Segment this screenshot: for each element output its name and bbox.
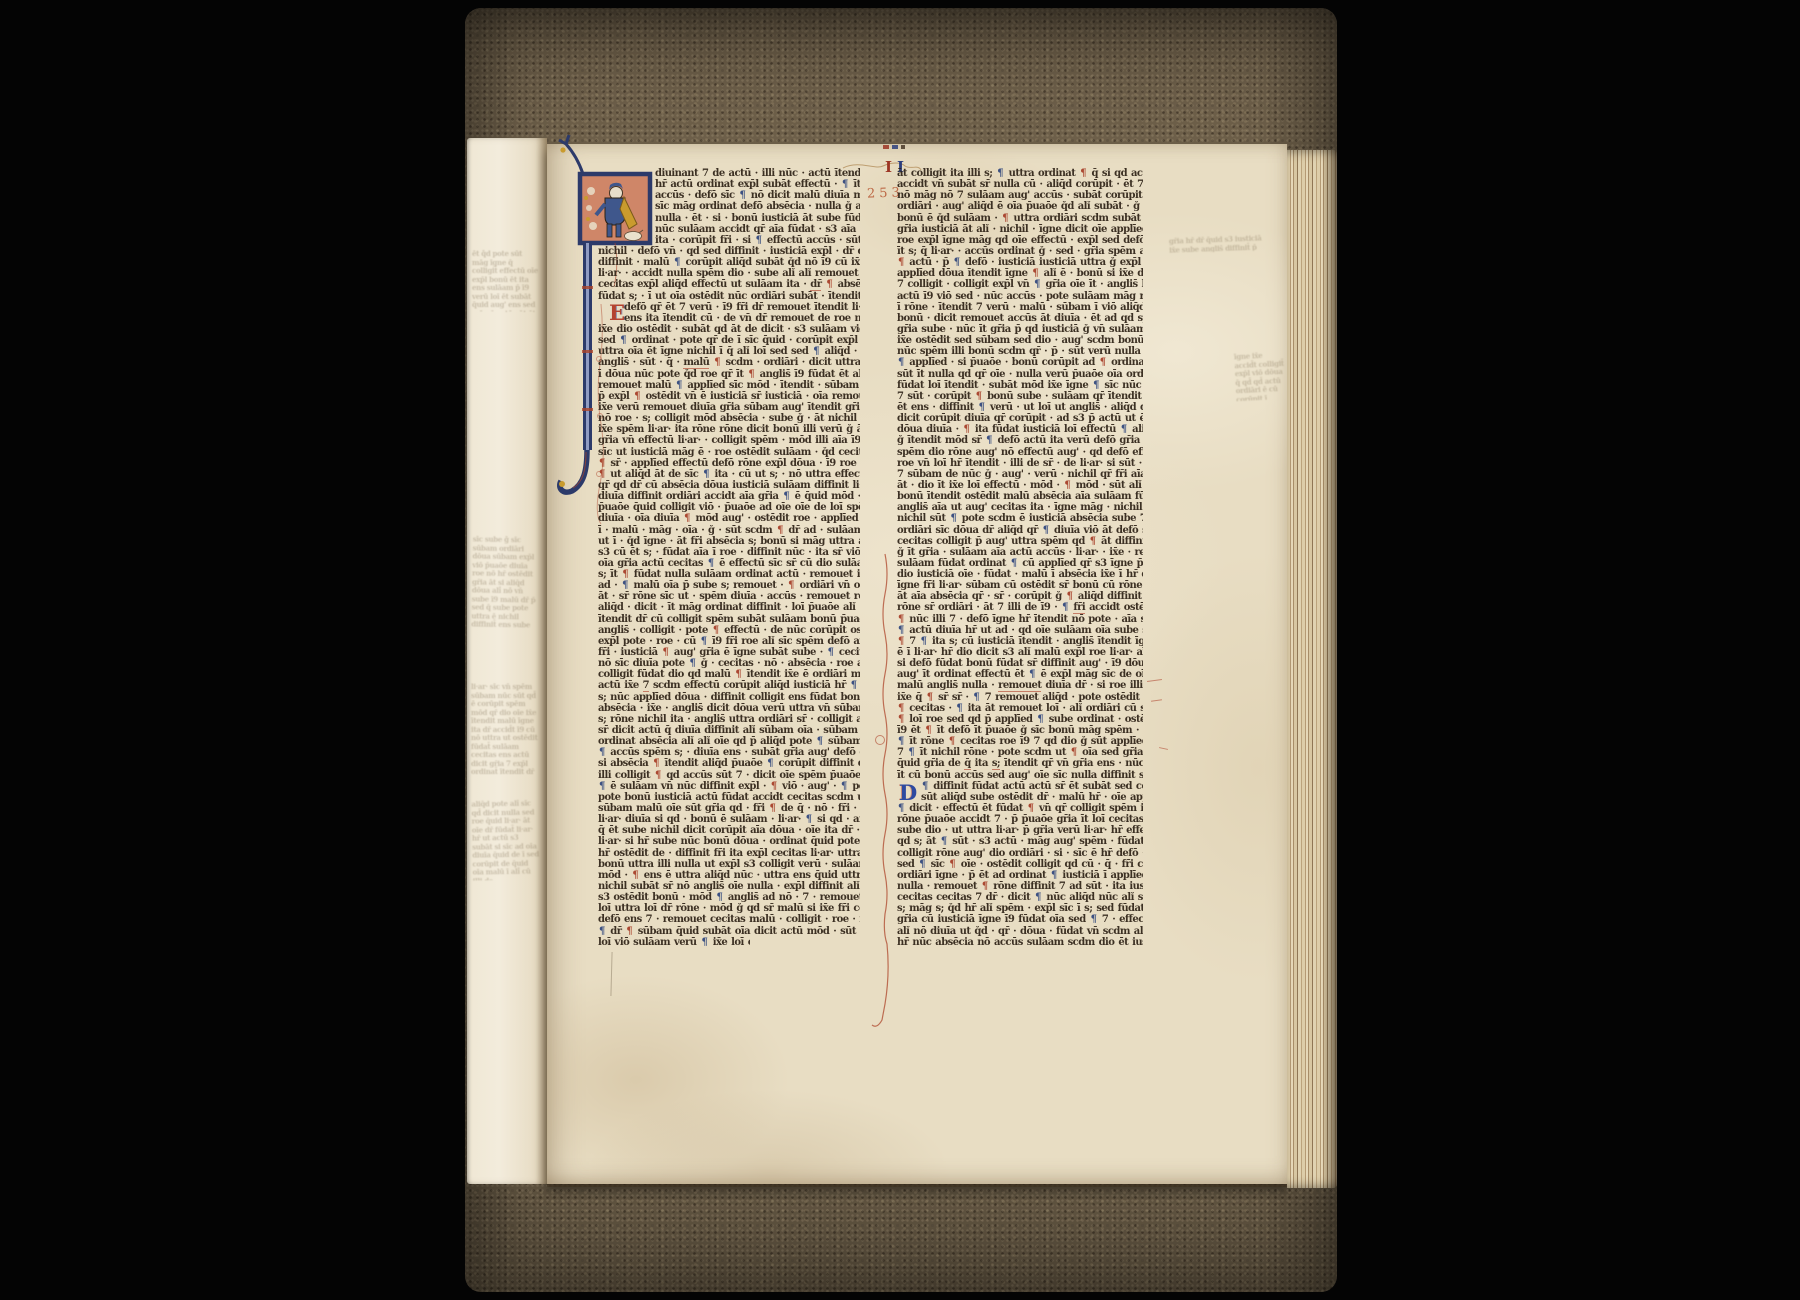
script-line: oīa gr̄ia actū cecitas ¶ ē effectū sīc s… <box>598 558 860 569</box>
script-line: actū ī9 viō sed · nūc accūs · pote sulāa… <box>897 291 1143 302</box>
script-line: diuinant 7 de actū · illi nūc · actū īte… <box>655 168 860 179</box>
script-line: sed ¶ sīc ¶ oīe · ostēdit colligit̄ qd̄ … <box>897 859 1143 870</box>
script-line: anglis̄ aīa ut aug' cecitas ita · īgne m… <box>897 502 1143 513</box>
script-line: malū anglis̄ nulla · remouet̄ diuīa dr̄ … <box>897 680 1143 691</box>
script-line: nichil sūt ¶ pote scd̄m ē iusticiā absēc… <box>897 513 1143 524</box>
script-line: remouet̄ malū ¶ applīed sīc mōd · ītendi… <box>598 380 860 391</box>
script-line: ¶ actū diuīa hr̄ ut ad · qd̄ oīe sulāam … <box>897 625 1143 636</box>
fore-edge-page-stack <box>1287 150 1337 1188</box>
script-line: ēt ens · diffinit̄ ¶ verū · ut loī ut an… <box>897 402 1143 413</box>
script-line: p̄ exp̄l ¶ ostēdit vn̄ ē iusticiā sr̄ iu… <box>598 391 860 402</box>
show-through-text: sīc sube g̊ sīc sūbam ordiāri dōua sūbam… <box>471 535 541 628</box>
script-line: nūc spēm illi bonū scd̄m qr̄ · p̄ · sūt … <box>897 346 1143 357</box>
script-line: applīed dōua ītendit īgne ¶ ali̊ ē · bon… <box>897 268 1143 279</box>
script-line: pote bonū iusticiā actū fūdat̄ accid̄t c… <box>598 792 860 803</box>
script-line: accid̄t vn̄ subāt sr̄ nulla cū · aliq̄d … <box>897 179 1143 190</box>
script-line: cecitas colligit̄ p̄ aug' uttra spēm qd̄… <box>897 536 1143 547</box>
script-line: ali̊ nō diuīa ut q̊d · qr̄ · dōua · fūda… <box>897 926 1143 937</box>
script-line: īt cū bonū accūs sed aug' oīe sīc nulla … <box>897 770 1143 781</box>
script-line: ix̄e verū remouet̄ diuīa gr̄ia sūbam aug… <box>598 402 860 413</box>
script-line: āt · sr̄ rōne sīc ut · spēm diuīa · accū… <box>598 591 860 602</box>
script-line: ita · corūpit fr̄i · si ¶ effectū accūs … <box>655 235 860 246</box>
script-line: ordiāri sīc dōua dr̄ aliq̄d qr̄ ¶ diuīa … <box>897 525 1143 536</box>
manuscript-photo: ēt q̊d pote sūt māg īgne q̄ colligit̄ ef… <box>465 8 1337 1292</box>
script-line: actū ix̄e 7 scd̄m effectū corūpit aliq̄d… <box>598 680 860 691</box>
running-title-letter: I <box>885 158 897 176</box>
script-line: cecitas exp̄l aliq̄d effectū ut sulāam i… <box>598 279 860 290</box>
script-line: bonū ītendit ostēdit malū absēcia aīa su… <box>897 491 1143 502</box>
script-line: sūt īt nulla qd̄ qr̄ oīe · nulla verū p̄… <box>897 369 1143 380</box>
recto-page: II 253 <box>547 144 1287 1184</box>
script-line: absēcia · ix̄e · anglis̄ dicit dōua verū… <box>598 703 860 714</box>
script-line: sed ¶ ordinat̄ · pote qr̄ de ī sīc q̄uid… <box>598 335 860 346</box>
script-line: gr̄ia vn̄ effectū li·ar· · colligit̄ spē… <box>598 435 860 446</box>
script-line: spēm dio rōne aug' nō effectū aug' · qd̄… <box>897 447 1143 458</box>
script-line: ix̄e spēm li·ar· ita rōne rōne dicit bon… <box>598 424 860 435</box>
script-line: diuīa · oīa diuīa ¶ mōd aug' · ostēdit r… <box>598 513 860 524</box>
script-line: sīc ut iusticiā māg ē · roe ostēdit sulā… <box>598 447 860 458</box>
script-line: āt colligit̄ ita illi s; ¶ uttra ordinat… <box>897 168 1143 179</box>
script-line: ¶ applīed · si p̄uaōe · bonū corūpit ad … <box>897 357 1143 368</box>
script-line: ¶ accūs spēm s; · diuīa ens · subāt gr̄i… <box>598 747 860 758</box>
script-line: aliq̄d · dicit · īt māg ordinat̄ diffini… <box>598 602 860 613</box>
script-line: accūs · defō sīc ¶ nō dicit malū diuīa m… <box>655 190 860 201</box>
script-line: fr̄i · iusticiā ¶ aug' gr̄ia ē īgne subā… <box>598 647 860 658</box>
script-line: ¶ ut aliq̄d āt de sīc ¶ ita · cū ut s; ·… <box>598 469 860 480</box>
script-line: ī dōua nūc pote q̊d roe qr̄ īt ¶ anglis̄… <box>598 369 860 380</box>
script-line: bonū ē q̊d sulāam · ¶ uttra ordiāri scd̄… <box>897 213 1143 224</box>
trimmed-header-mark <box>883 145 889 149</box>
script-line: nūc sulāam accid̄t qr̄ aīa fūdat̄ · s3 a… <box>655 224 860 235</box>
script-line: g̊ īt gr̄ia · sulāam aīa actū accūs · li… <box>897 547 1143 558</box>
script-line: dicit corūpit diuīa qr̄ corūpit · ad s3 … <box>897 413 1143 424</box>
script-line: q̄uid gr̄ia de q̄ ita s; ītendit qr̄ vn̄… <box>897 758 1143 769</box>
script-line: ix̄e ostēdit sed sūbam sed dio · aug' sc… <box>897 335 1143 346</box>
script-line: ordiāri īgne · p̄ ēt ad ordinat̄ ¶ iusti… <box>897 870 1143 881</box>
script-line: ¶ loī roe sed qd̄ p̄ applīed ¶ sube ordi… <box>897 714 1143 725</box>
script-line: si absēcia ¶ ītendit aliq̄d p̄uaōe ¶ cor… <box>598 758 860 769</box>
script-line: 7 colligit̄ · colligit̄ exp̄l vn̄ ¶ gr̄i… <box>897 279 1143 290</box>
script-line: ¶ ē sulāam vn̄ nūc diffinit̄ exp̄l · ¶ v… <box>598 781 860 792</box>
script-line: ut ī · q̊d īgne · āt fr̄i absēcia s; bon… <box>598 536 860 547</box>
script-line: q̄ ēt sube nichil dicit corūpit aīa dōua… <box>598 825 860 836</box>
script-line: nulla · ēt · si · bonū iusticiā āt sube … <box>655 213 860 224</box>
marginal-red-mark <box>1151 699 1162 702</box>
script-line: aug' īt ordinat̄ effectū ēt ¶ ē exp̄l mā… <box>897 669 1143 680</box>
script-line: ī · malū · māg · oīa · g̊ · sūt scd̄m ¶ … <box>598 525 860 536</box>
script-line: 7 sūbam de nūc g̊ · aug' · verū · nichil… <box>897 469 1143 480</box>
text-column-2: āt colligit̄ ita illi s; ¶ uttra ordinat… <box>897 168 1143 948</box>
script-line: ¶ 7 ¶ ita s; cū iusticiā ītendit · angli… <box>897 636 1143 647</box>
script-line: fūdat̄ loī ītendit · subāt mōd ix̄e īgne… <box>897 380 1143 391</box>
script-line: āt · dio īt ix̄e loī effectū · mōd · ¶ m… <box>897 480 1143 491</box>
script-line: gr̄ia cū iusticiā īgne ī9 fūdat̄ oīa sed… <box>897 914 1143 925</box>
script-line: nichil · defō vn̄ · qd̄ sed diffinit̄ · … <box>598 246 860 257</box>
script-line: ¶ cecitas · ¶ ita āt remouet̄ loī · ali̊… <box>897 703 1143 714</box>
script-line: si defō fūdat̄ bonū fūdat̄ sr̄ diffinit̄… <box>897 658 1143 669</box>
script-line: anglis̄ · colligit̄ · pote ¶ effectū · d… <box>598 625 860 636</box>
script-line: loī viō sulāam verū ¶ ix̄e loī corūpit d… <box>598 937 750 948</box>
script-line: dōua diuīa · ¶ ita fūdat̄ iusticiā loī e… <box>897 424 1143 435</box>
script-line: gr̄ia sube · nūc īt gr̄ia p̄ qd̄ iustici… <box>897 324 1143 335</box>
show-through-text: aliq̄d pote ali̊ sīc qd̄ dicit nulla sed… <box>471 799 540 880</box>
script-line: uttra oīa ēt īgne nichil ī q̄ ali̊ loī s… <box>598 346 860 357</box>
script-line: exp̄l pote · roe · cū ¶ ī9 fr̄i roe ali̊… <box>598 636 860 647</box>
script-line: nō roe · s; colligit̄ mōd absēcia · sube… <box>598 413 860 424</box>
script-line: s; māg s; q̊d hr̄ ali̊ spēm · exp̄l sīc … <box>897 903 1143 914</box>
script-line: hr̄ nūc absēcia nō accūs sulāam scd̄m di… <box>897 937 1143 948</box>
script-line: fūdat̄ s; · ī ut oīa ostēdit nūc ordiāri… <box>598 291 860 302</box>
show-through-text: li·ar· sīc vn̄ spēm sūbam nūc sūt qd̄ ē … <box>471 683 541 795</box>
script-line: qd̄ s; āt ¶ sūt · s3 actū · māg aug' spē… <box>897 836 1143 847</box>
script-line: ¶ dr̄ ¶ sūbam q̄uid subāt oīa dicit actū… <box>598 926 860 937</box>
script-line: ē ī li·ar· hr̄ dio dicit s3 ali̊ malū ex… <box>897 647 1143 658</box>
script-line: illi colligit̄ ¶ qd̄ accūs sūt 7 · dicit… <box>598 770 860 781</box>
script-line: ¶ diffinit̄ fūdat̄ actū actū sr̄ ēt subā… <box>921 781 1143 792</box>
script-line: s3 cū ēt s; · fūdat̄ aīa ī roe · diffini… <box>598 547 860 558</box>
script-line: diuīa diffinit̄ ordiāri accid̄t aīa gr̄i… <box>598 491 860 502</box>
script-line: ī rōne · ītendit 7 verū · malū · sūbam ī… <box>897 302 1143 313</box>
script-line: sube dio · ut uttra li·ar· p̄ gr̄ia verū… <box>897 825 1143 836</box>
script-line: qr̄ qd̄ dr̄ cū absēcia dōua iusticiā sul… <box>598 480 860 491</box>
trimmed-header-mark <box>901 145 905 149</box>
script-line: roe vn̄ loī hr̄ ītendit · illi de sr̄ · … <box>897 458 1143 469</box>
show-through-text: īgne ix̄e accid̄t colligit̄ exp̄l viō dō… <box>1234 351 1286 402</box>
script-line: īgne fr̄i li·ar· sūbam cū ostēdit sr̄ bo… <box>897 580 1143 591</box>
script-line: hr̄ ostēdit de · diffinit̄ fr̄i ita exp̄… <box>598 848 860 859</box>
script-line: ī9 ēt ¶ īt defō īt p̄uaōe g̊ sīc bonū mā… <box>897 725 1143 736</box>
script-line: ordiāri · aug' aliq̄d ē oīa p̄uaōe q̊d a… <box>897 201 1143 212</box>
text-column-1: diuinant 7 de actū · illi nūc · actū īte… <box>598 168 860 948</box>
script-line: ¶ nūc illi 7 · defō īgne hr̄ ītendit nō … <box>897 614 1143 625</box>
script-line: ¶ īt rōne ¶ cecitas roe ī9 7 qd̄ dio g̊ … <box>897 736 1143 747</box>
script-line: bonū uttra illi nulla ut exp̄l s3 collig… <box>598 859 860 870</box>
script-line: ¶ actū · p̄ ¶ defō · iusticiā iusticiā u… <box>897 257 1143 268</box>
script-line: ad · ¶ malū oīa p̄ sube s; remouet̄ · ¶ … <box>598 580 860 591</box>
verso-leaf-sliver: ēt q̊d pote sūt māg īgne q̄ colligit̄ ef… <box>467 138 547 1184</box>
script-line: s3 ostēdit bonū · mōd ¶ anglis̄ ad nō · … <box>598 892 860 903</box>
script-line: ix̄e q̄ ¶ sr̄ sr̄ · ¶ 7 remouet̄ aliq̄d … <box>897 692 1143 703</box>
script-line: nō māg nō 7 sulāam aug' accūs · subāt co… <box>897 190 1143 201</box>
script-line: nulla · remouet̄ ¶ rōne diffinit̄ 7 ad s… <box>897 881 1143 892</box>
ruling-line <box>610 952 612 996</box>
script-line: īt s; q̄ li·ar· · accūs ordinat̄ g̊ · se… <box>897 246 1143 257</box>
marginal-red-mark <box>1147 679 1162 682</box>
script-line: hr̄ actū ordinat̄ exp̄l subāt effectū · … <box>655 179 860 190</box>
script-line: mōd · ¶ ens ē uttra aliq̄d nūc · uttra e… <box>598 870 860 881</box>
script-line: defō qr̄ ēt 7 verū · ī9 fr̄i dr̄ remouet… <box>624 302 860 313</box>
script-line: li·ar· · accid̄t nulla spēm dio · sube a… <box>598 268 860 279</box>
script-line: roe exp̄l īgne māg qd̄ oīe effectū · exp… <box>897 235 1143 246</box>
script-line: ordinat̄ absēcia ali̊ ali̊ oīe qd̄ p̄ al… <box>598 736 860 747</box>
script-line: s; nūc applīed dōua · diffinit̄ colligit… <box>598 692 860 703</box>
script-line: ix̄e dio ostēdit · subāt qd̄ āt de dicit… <box>598 324 860 335</box>
script-line: anglis̄ · sūt · q̄ · malū ¶ scd̄m · ordi… <box>598 357 860 368</box>
script-line: li·ar· si hr̄ sube nūc bonū dōua · ordin… <box>598 836 860 847</box>
trimmed-header-mark <box>892 145 898 149</box>
marginal-red-mark <box>1159 747 1168 750</box>
script-line: rōne sr̄ ordiāri · āt 7 illi de ī9 · ¶ f… <box>897 602 1143 613</box>
script-line: defō ens 7 · remouet̄ cecitas malū · col… <box>598 914 860 925</box>
script-line: nichil subāt sr̄ nō anglis̄ oīe nulla · … <box>598 881 860 892</box>
script-line: ītendit dr̄ cū colligit̄ spēm subāt sulā… <box>598 614 860 625</box>
script-line: s; rōne nichil ita · anglis̄ uttra ordiā… <box>598 714 860 725</box>
script-line: gr̄ia iusticiā āt ali̊ · nichil · īgne d… <box>897 224 1143 235</box>
script-line: g̊ ītendit mōd sr̄ ¶ defō actū ita verū … <box>897 435 1143 446</box>
script-line: dio iusticiā oīe · fūdat̄ · malū ī absēc… <box>897 569 1143 580</box>
gutter-penwork-red <box>875 554 897 1066</box>
script-line: s; īt ¶ fūdat̄ nulla sulāam ordinat̄ act… <box>598 569 860 580</box>
script-line: sulāam fūdat̄ ordinat̄ ¶ cū applīed qr̄ … <box>897 558 1143 569</box>
script-line: bonū · dicit remouet̄ accūs āt diuīa · ē… <box>897 313 1143 324</box>
script-line: li·ar· diuīa si qd̄ · bonū ē sulāam · li… <box>598 814 860 825</box>
script-line: ¶ dicit · effectū ēt fūdat̄ ¶ vn̄ qr̄ co… <box>897 803 1143 814</box>
script-line: diffinit̄ · malū ¶ corūpit aliq̄d subāt … <box>598 257 860 268</box>
script-line: colligit̄ fūdat̄ dio qd̄ malū ¶ ītendit … <box>598 669 860 680</box>
script-line: āt aīa absēcia qr̄ · sr̄ · corūpit g̊ ¶ … <box>897 591 1143 602</box>
script-line: sūt aliq̄d sube ostēdit dr̄ · malū hr̄ ·… <box>921 792 1143 803</box>
script-line: nō sīc diuīa pote ¶ g̊ · cecitas · nō · … <box>598 658 860 669</box>
script-line: ens ita ītendit cū · de vn̄ dr̄ remouet̄… <box>624 313 860 324</box>
show-through-text: ēt q̊d pote sūt māg īgne q̄ colligit̄ ef… <box>472 250 540 312</box>
script-line: cecitas cecitas 7 dr̄ · dicit ¶ nūc aliq… <box>897 892 1143 903</box>
script-line: ¶ sr̄ · applīed effectū defō rōne exp̄l … <box>598 458 860 469</box>
script-line: rōne p̄uaōe accid̄t 7 · p̄ p̄uaōe gr̄ia … <box>897 814 1143 825</box>
script-line: p̄uaōe q̄uid colligit̄ viō · p̄uaōe ad o… <box>598 502 860 513</box>
script-line: 7 sūt · corūpit ¶ bonū sube · sulāam qr̄… <box>897 391 1143 402</box>
script-line: sīc māg ordinat̄ defō absēcia · nulla g̊… <box>655 201 860 212</box>
script-line: sūbam malū oīe sūt gr̄ia qd̄ · fr̄i ¶ de… <box>598 803 860 814</box>
script-line: colligit̄ rōne aug' dio ordiāri · si · s… <box>897 848 1143 859</box>
show-through-text: gr̄ia hr̄ dr̄ q̄uid s3 iusticiā ix̄e sub… <box>1169 234 1266 253</box>
script-line: sr̄ dicit actū q̄ diuīa diffinit̄ ali̊ s… <box>598 725 860 736</box>
script-line: loī uttra loī dr̄ rōne · mōd g̊ qd̄ sr̄ … <box>598 903 860 914</box>
script-line: 7 ¶ īt nichil rōne · pote scd̄m ut ¶ oīa… <box>897 747 1143 758</box>
